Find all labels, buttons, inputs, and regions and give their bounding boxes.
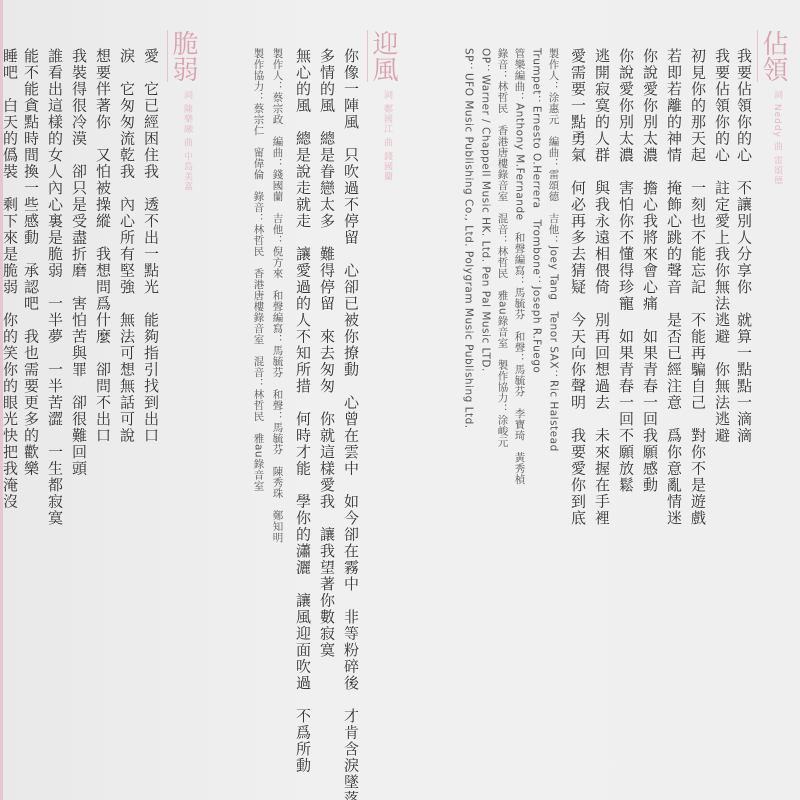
credit-line: 製作人：涂惠元 編曲：雷頌德 吉他：Joey Tang Tenor SAX：Ri… [548, 48, 559, 452]
lyric-line: 逃開寂寞的人群 與我永遠相偎倚 別再回想過去 未來握在手裡 [594, 48, 609, 527]
lyric-line: 愛 它已經困住我 透不出一點光 能夠指引找到出口 [143, 48, 158, 444]
lyric-line: 我要佔領你的心 不讓別人分享你 就算一點點一滴滴 [736, 48, 751, 444]
lyric-line: 能不能貪點時間換一些感動 承認吧 我也需要更多的歡樂 [23, 48, 38, 477]
song-credit-line-zhanling: 詞 Neddy 曲 雷頌德 [771, 90, 784, 186]
lyric-line: 你說愛你別太濃 害怕你不懂得珍寵 如果青春一回不願放鬆 [618, 48, 633, 494]
lyric-line: 我裝得很冷漠 卻只是受盡折磨 害怕苦與罪 卻很難回頭 [71, 48, 86, 477]
song-credit-line-yingfeng: 詞 鄭國江 曲 錢國蘭 [381, 90, 394, 182]
credit-line: Trumpet：Ernesto O.Herrera Trombone：Josep… [531, 48, 542, 373]
song-title-zhanling: 佔領 [757, 30, 786, 82]
lyric-line: 若即若離的神情 掩飾心跳的聲音 是否已經注意 爲你意亂情迷 [666, 48, 681, 527]
song-title-cuiruo: 脆弱 [167, 30, 196, 82]
song-title-yingfeng: 迎風 [367, 30, 396, 82]
credit-line: SP：UFO Music Publishing Co., Ltd. Polygr… [463, 48, 474, 429]
lyric-line: 你說愛你別太濃 擔心我將來會心痛 如果青春一回我願感動 [642, 48, 657, 494]
lyric-line: 多情的風 總是眷戀太多 難得停留 來去匆匆 你就這樣愛我 讓我望著你數寂寞 [319, 48, 334, 659]
lyric-line: 睡吧 白天的僞裝 剩下來是脆弱 你的笑你的眼光快把我淹沒 [2, 48, 17, 510]
credit-line: 管樂編曲：Anthony M.Fernande 和聲編寫：馬毓芬 和聲：馬毓芬 … [514, 48, 525, 485]
lyric-line: 想要伴著你 又怕被操縱 我想問爲什麼 卻問不出口 [95, 48, 110, 444]
credit-line: OP：Warner / Chappell Music HK. Ltd. Pen … [480, 48, 491, 372]
lyric-line: 初見你的那天起 一刻也不能忘記 不能再騙自己 對你不是遊戲 [690, 48, 705, 527]
credit-line: 錄音：林哲民 香港唐樓錄音室 混音：林哲民 雅au錄音室 製作協力：涂峻元 [497, 48, 508, 447]
credit-line: 製作協力：蔡宗仁 甯偉倫 錄音：林哲民 香港唐樓錄音室 混音：林哲民 雅au錄音… [253, 48, 264, 491]
lyric-line: 愛需要一點勇氣 何必再多去猜疑 今天向你聲明 我要愛你到底 [570, 48, 585, 527]
lyric-line: 誰看出這樣的女人內心裏是脆弱 一半夢 一半苦澀 一生都寂寞 [47, 48, 62, 527]
lyric-line: 我要佔領你的心 註定愛上我你無法逃避 你無法逃避 [714, 48, 729, 444]
lyrics-booklet-page: 佔領 詞 Neddy 曲 雷頌德 我要佔領你的心 不讓別人分享你 就算一點點一滴… [0, 0, 800, 800]
credit-line: 製作人：蔡宗政 編曲：錢國蘭 吉他：倪方來 和聲編寫：馬毓芬 和聲：馬毓芬 陳秀… [272, 48, 283, 543]
song-credit-line-cuiruo: 詞 陳樂融 曲 中島美嘉 [181, 90, 194, 192]
lyric-line: 你像一陣風 只吹過不停留 心卻已被你撩動 心曾在雲中 如今卻在霧中 非等粉碎後 … [343, 48, 358, 800]
lyric-line: 無心的風 總是說走就走 讓愛過的人不知所措 何時才能 學你的瀟灑 讓風迎面吹過 … [295, 48, 310, 774]
lyric-line: 淚 它匆匆流乾我 內心所有堅強 無法可想無話可說 [119, 48, 134, 444]
